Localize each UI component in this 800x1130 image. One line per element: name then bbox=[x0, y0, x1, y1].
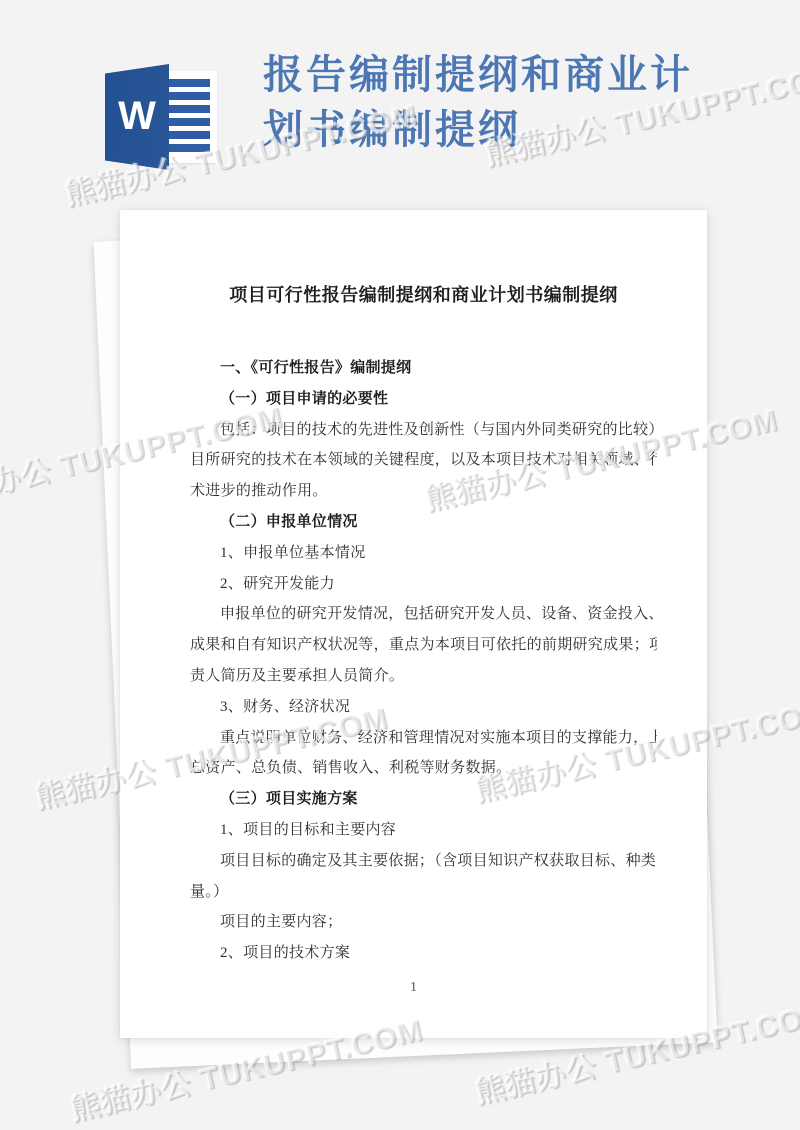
doc-text-line: 成果和自有知识产权状况等，重点为本项目可依托的前期研究成果；项目负 bbox=[190, 630, 657, 661]
page-number: 1 bbox=[120, 980, 707, 996]
doc-text-line: 1、项目的目标和主要内容 bbox=[190, 815, 657, 846]
doc-text-line: 2、项目的技术方案 bbox=[190, 938, 657, 969]
preview-root: W 报告编制提纲和商业计划书编制提纲 项目可行性报告编制提纲和商业计划书编制提纲… bbox=[0, 0, 800, 1130]
document-page: 项目可行性报告编制提纲和商业计划书编制提纲 一、《可行性报告》编制提纲（一）项目… bbox=[120, 210, 707, 1038]
doc-text-line: 2、研究开发能力 bbox=[190, 569, 657, 600]
page-title: 报告编制提纲和商业计划书编制提纲 bbox=[263, 48, 693, 158]
doc-text-line: 术进步的推动作用。 bbox=[190, 476, 657, 507]
doc-text-line: 3、财务、经济状况 bbox=[190, 692, 657, 723]
doc-text-line: 项目的主要内容； bbox=[190, 907, 657, 938]
word-file-icon: W bbox=[105, 64, 217, 170]
doc-heading-line: 一、《可行性报告》编制提纲 bbox=[190, 353, 657, 384]
doc-text-line: 责人简历及主要承担人员简介。 bbox=[190, 661, 657, 692]
doc-text-line: 重点说明单位财务、经济和管理情况对实施本项目的支撑能力，上年末 bbox=[190, 723, 657, 754]
page-title-line2: 划书编制提纲 bbox=[263, 108, 521, 152]
doc-text-line: 总资产、总负债、销售收入、利税等财务数据。 bbox=[190, 753, 657, 784]
document-body: 一、《可行性报告》编制提纲（一）项目申请的必要性包括：项目的技术的先进性及创新性… bbox=[120, 308, 707, 969]
doc-text-line: 1、申报单位基本情况 bbox=[190, 538, 657, 569]
doc-text-line: 申报单位的研究开发情况，包括研究开发人员、设备、资金投入、主要 bbox=[190, 599, 657, 630]
page-title-line1: 报告编制提纲和商业计 bbox=[263, 53, 693, 97]
doc-text-line: 量。） bbox=[190, 877, 657, 908]
doc-text-line: 包括：项目的技术的先进性及创新性（与国内外同类研究的比较）、项 bbox=[190, 415, 657, 446]
word-icon-flap: W bbox=[105, 64, 169, 170]
doc-heading-line: （三）项目实施方案 bbox=[190, 784, 657, 815]
document-title: 项目可行性报告编制提纲和商业计划书编制提纲 bbox=[120, 210, 707, 308]
doc-text-line: 项目目标的确定及其主要依据；（含项目知识产权获取目标、种类和数 bbox=[190, 846, 657, 877]
doc-text-line: 目所研究的技术在本领域的关键程度，以及本项目技术对相关领域、行业技 bbox=[190, 445, 657, 476]
word-icon-letter: W bbox=[118, 94, 156, 139]
header: W 报告编制提纲和商业计划书编制提纲 bbox=[0, 0, 800, 200]
doc-heading-line: （二）申报单位情况 bbox=[190, 507, 657, 538]
doc-heading-line: （一）项目申请的必要性 bbox=[190, 384, 657, 415]
